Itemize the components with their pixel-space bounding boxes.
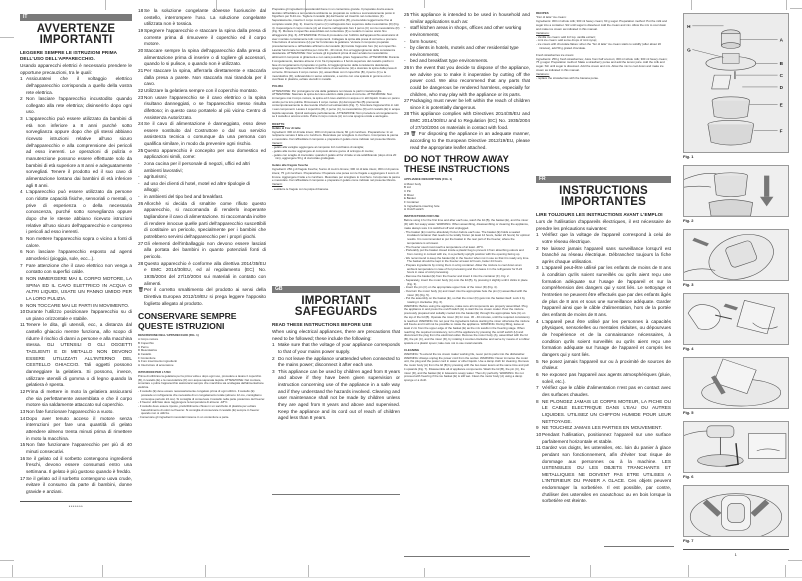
figure-1-exploded-view: H A G B C D E F	[683, 13, 789, 153]
divider	[683, 549, 789, 550]
it-warning-item: 4L'apparecchio può essere utilizzato da …	[20, 189, 132, 236]
figure-6-caption: Fig. 6	[683, 474, 789, 479]
en-use-list: staff kitchen areas in shops, offices an…	[404, 25, 530, 65]
divider	[404, 556, 530, 557]
figure-2-insert-basket	[683, 165, 789, 217]
figure-3-caption: Fig. 3	[683, 282, 789, 287]
en-keep-instructions-title: DO NOT THROW AWAY THESE INSTRUCTIONS	[404, 155, 530, 175]
fr-intro-heading: LIRE TOUJOURS LES INSTRUCTIONS AVANT L'E…	[536, 212, 671, 218]
figure-3-attach-motor	[683, 229, 789, 281]
figure-4-insert-pin	[683, 293, 789, 345]
it-warning-item: 7Fare attenzione che il cavo elettrico n…	[20, 263, 132, 276]
fr-warning-item: 2Ne laissez jamais l'appareil sans surve…	[536, 246, 671, 266]
it-warning-item: 21Per staccare la spina, afferrarla dire…	[138, 68, 266, 88]
section-end-stars: *******	[20, 504, 132, 509]
it-use-item: agriturismi;	[138, 174, 266, 181]
figure-4-caption: Fig. 4	[683, 346, 789, 351]
figures-column: H A G B C D E F Fig. 1	[683, 8, 789, 573]
it-warning-item: 28Questo apparecchio è conforme alla dir…	[138, 261, 266, 288]
it-warning-item: 18Se la soluzione congelante dovesse fuo…	[138, 8, 266, 28]
figure-1-caption: Fig. 1	[683, 154, 789, 159]
it-use-item: ad uso dei clienti di hotel, motel ed al…	[138, 181, 266, 194]
it-warning-item: 1Assicuratevi che il voltaggio elettrico…	[20, 76, 132, 96]
it-warning-item: 23Non usare l'apparecchio se il cavo ele…	[138, 95, 266, 122]
lang-badge-fr: FR	[536, 176, 671, 183]
divider	[272, 494, 400, 495]
fr-warning-item: 10Pendant l'utilisation, positionnez l'a…	[536, 432, 671, 445]
fr-warning-item: 11Gardez vos doigts, les ustensiles, etc…	[536, 445, 671, 505]
it-warning-item: 22Utilizzare la gelatiera sempre con il …	[138, 88, 266, 95]
lang-badge-gb: GB	[272, 286, 400, 293]
fr-warning-item: 1Vérifiez que la voltage de l'appareil c…	[536, 232, 671, 245]
it-warning-item: 26Allorchè si decida di smaltire come ri…	[138, 201, 266, 241]
it-warning-item: 6Non lasciare l'apparecchio esposto ad a…	[20, 249, 132, 262]
it-warning-item: 17Se il gelato od il sorbetto contengono…	[20, 476, 132, 496]
it-usage-continued: Preparare gli ingredienti mescolandoli b…	[272, 8, 400, 278]
fr-warning-item: 6Ne exposez pas l'appareil aux agents at…	[536, 372, 671, 385]
fr-warning-item: 7Vérifiez que le câble d'alimentation n'…	[536, 385, 671, 398]
it-intro: Usando apparecchi elettrici è necessario…	[20, 63, 132, 76]
page-number: 1	[683, 552, 789, 557]
it-warning-item: 15Non fate funzionare l'apparecchio per …	[20, 442, 132, 455]
it-use-item: zona cucina per il personale di negozi, …	[138, 161, 266, 174]
manual-page: IT AVVERTENZE IMPORTANTI LEGGERE SEMPRE …	[0, 0, 802, 581]
it-keep-instructions-title: CONSERVARE SEMPRE QUESTE ISTRUZIONI	[138, 311, 266, 331]
svg-text:G: G	[687, 48, 691, 53]
it-warnings-list: 1Assicuratevi che il voltaggio elettrico…	[20, 76, 132, 495]
it-warnings-list-continued: 18Se la soluzione congelante dovesse fuo…	[138, 8, 266, 161]
it-warning-item: 11Tenere le dita, gli utensili, ecc, a d…	[20, 322, 132, 389]
en-title: IMPORTANT SAFEGUARDS	[272, 296, 400, 318]
en-column-2: 25This appliance is intended to be used …	[404, 8, 530, 568]
it-warning-item: 20Staccare sempre la spina dell'apparecc…	[138, 48, 266, 68]
en-warning-item: 3This appliance can be used by children …	[272, 369, 400, 422]
divider	[604, 546, 674, 547]
crop-mark	[0, 37, 14, 38]
it-warning-item: 24Se il cavo di alimentazione è danneggi…	[138, 121, 266, 148]
svg-text:F: F	[780, 128, 783, 133]
en-recipes: RECIPES "Fior di latte" ice cream: Ingre…	[536, 12, 671, 172]
en-warning-item: 2Do not leave the appliance unattended w…	[272, 356, 400, 369]
fr-warnings-list: 1Vérifiez que la voltage de l'appareil c…	[536, 232, 671, 505]
svg-text:E: E	[780, 103, 783, 108]
fr-warning-item: 4L'appareil peut être utilisé par les pe…	[536, 319, 671, 359]
en-use-item: bed and breakfast type environments.	[404, 58, 530, 65]
en-description: APPLIANCE DESCRIPTION (FIG. 1) A Motor b…	[404, 178, 530, 382]
it-warning-item: 🗑Per il corretto smaltimento del prodott…	[138, 287, 266, 307]
figure-6-lock-lid	[683, 421, 789, 473]
svg-text:H: H	[687, 24, 690, 29]
it-warning-item: 27Gli elementi dell'imballaggio non devo…	[138, 241, 266, 261]
divider	[20, 501, 132, 502]
it-warning-item: 2Non lasciare l'apparecchio incustodito …	[20, 96, 132, 116]
it-warning-item: 16Se il gelato od il sorbetto contengono…	[20, 456, 132, 476]
it-description: DESCRIZIONE DELL'APPARECCHIO (FIG. 1) A …	[138, 334, 266, 420]
en-intro: When using electrical appliances, there …	[272, 329, 400, 342]
en-use-item: farm houses;	[404, 39, 530, 46]
en-warning-item: 26In the event that you decide to dispos…	[404, 65, 530, 98]
figure-2-caption: Fig. 2	[683, 218, 789, 223]
fr-warning-item: 3L'appareil peut-être utilisé par les en…	[536, 265, 671, 318]
weee-bin-icon: 🗑	[410, 131, 419, 136]
en-fr-column: RECIPES "Fior di latte" ice cream: Ingre…	[536, 8, 671, 568]
it-warning-item: 14Dopo aver tenuto acceso il motore senz…	[20, 416, 132, 443]
lang-badge-it: IT	[20, 14, 132, 21]
it-intro-heading: LEGGERE SEMPRE LE ISTRUZIONI PRIMA DELL'…	[20, 50, 132, 62]
en-warning-item: 28This appliance complies with Directive…	[404, 111, 530, 131]
it-column-1: IT AVVERTENZE IMPORTANTI LEGGERE SEMPRE …	[20, 8, 132, 568]
en-warnings-list: 1Make sure that the voltage of your appl…	[272, 342, 400, 422]
page-edge	[0, 577, 802, 578]
fr-intro: Lors de l'utilisation d'appareils électr…	[536, 219, 671, 232]
it-warning-item: 25Questo apparecchio è concepito per uso…	[138, 148, 266, 161]
it-warning-item: 13Non fate funzionare l'apparecchio a vu…	[20, 409, 132, 416]
en-use-item: by clients in hotels, motels and other r…	[404, 45, 530, 58]
figure-7-remove-motor	[683, 485, 789, 537]
fr-title: INSTRUCTIONS IMPORTANTES	[536, 186, 671, 208]
figure-5-mount-mixer	[683, 357, 789, 409]
it-warning-item: 8NON IMMERGERE MAI IL CORPO MOTORE, LA S…	[20, 276, 132, 303]
it-warning-item: 12Prima di mettere in moto la gelatiera …	[20, 389, 132, 409]
figure-5-caption: Fig. 5	[683, 410, 789, 415]
figure-7-caption: Fig. 7	[683, 538, 789, 543]
fr-warning-item: 9NE TOUCHEZ JAMAIS LES PARTIES EN MOUVEM…	[536, 425, 671, 432]
it-warning-item: 5Non mettere l'apparecchio sopra o vicin…	[20, 236, 132, 249]
en-warning-item: 1Make sure that the voltage of your appl…	[272, 342, 400, 355]
crop-mark	[790, 8, 802, 9]
it-column-2: 18Se la soluzione congelante dovesse fuo…	[138, 8, 266, 568]
it-warning-item: 10Durante l'utilizzo posizionare l'appar…	[20, 309, 132, 322]
it-title: AVVERTENZE IMPORTANTI	[20, 24, 132, 46]
it-warning-item: 19Spegnere l'apparecchio e staccare la s…	[138, 28, 266, 48]
it-use-list: zona cucina per il personale di negozi, …	[138, 161, 266, 201]
en-warning-item: 29🗑 For disposing the appliance in an ad…	[404, 131, 530, 151]
fr-warning-item: 5Ne posez jamais l'appareil sur ou à pro…	[536, 359, 671, 372]
en-warning-item: 25This appliance is intended to be used …	[404, 12, 530, 25]
fr-warning-item: 8NE PLONGEZ JAMAIS LE CORPS MOTEUR, LA F…	[536, 399, 671, 426]
it-warning-item: 9NON TOCCARE MAI LE PARTI IN MOVIMENTO.	[20, 303, 132, 310]
crop-mark	[12, 565, 13, 577]
crop-mark	[0, 560, 14, 561]
en-warning-item: 27Packaging must never be left within th…	[404, 98, 530, 111]
it-en-column: Preparare gli ingredienti mescolandoli b…	[272, 8, 400, 568]
en-intro-heading: READ THESE INSTRUCTIONS BEFORE USE	[272, 322, 400, 328]
crop-mark	[788, 560, 802, 561]
en-use-item: staff kitchen areas in shops, offices an…	[404, 25, 530, 38]
it-warning-item: 3L'apparecchio può essere utilizzato da …	[20, 116, 132, 189]
it-use-item: in ambienti del tipo bed and breakfast.	[138, 194, 266, 201]
